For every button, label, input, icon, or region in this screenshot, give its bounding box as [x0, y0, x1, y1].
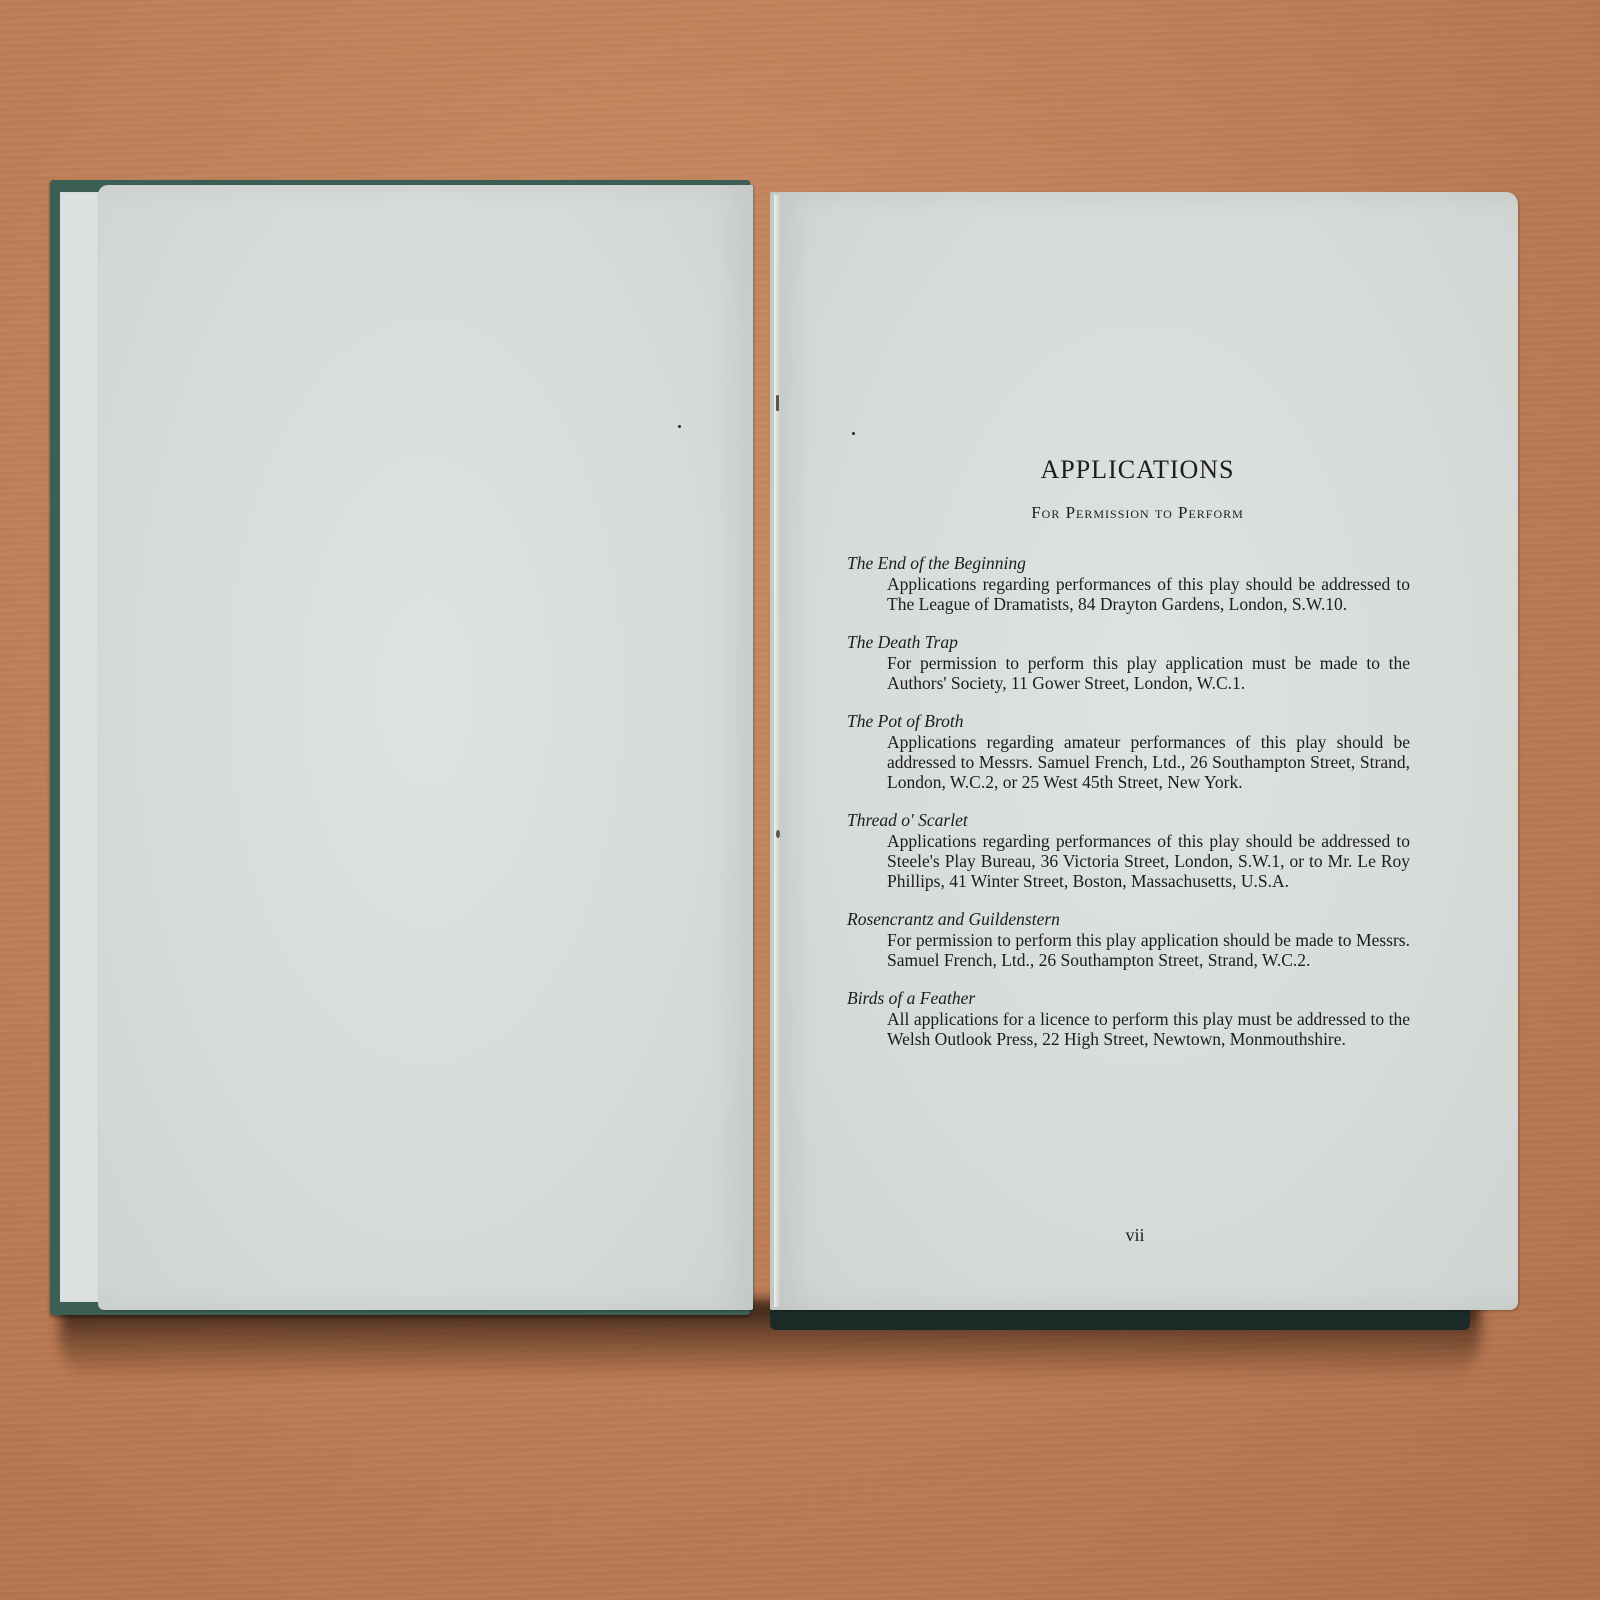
play-title: Birds of a Feather [847, 988, 1410, 1009]
play-application-text: Applications regarding performances of t… [887, 574, 1410, 614]
play-title: Thread o' Scarlet [847, 810, 1410, 831]
play-title: The Death Trap [847, 632, 1410, 653]
play-entry: Rosencrantz and Guildenstern For permiss… [865, 909, 1410, 970]
page-title: APPLICATIONS [865, 455, 1410, 485]
play-application-text: All applications for a licence to perfor… [887, 1009, 1410, 1049]
play-application-text: Applications regarding performances of t… [887, 831, 1410, 891]
play-application-text: For permission to perform this play appl… [887, 653, 1410, 693]
play-title: Rosencrantz and Guildenstern [847, 909, 1410, 930]
binding-stitch [776, 830, 780, 838]
play-entry: The Pot of Broth Applications regarding … [865, 711, 1410, 792]
binding-stitch [776, 395, 779, 411]
paper-speck [678, 425, 681, 428]
play-application-text: Applications regarding amateur performan… [887, 732, 1410, 792]
play-entry: The Death Trap For permission to perform… [865, 632, 1410, 693]
applications-section: APPLICATIONS For Permission to Perform T… [865, 455, 1410, 1067]
book-spine-gutter [774, 195, 780, 1307]
page-subtitle: For Permission to Perform [865, 503, 1410, 523]
left-page-blank [98, 185, 753, 1310]
paper-speck [852, 432, 855, 435]
play-entry: Thread o' Scarlet Applications regarding… [865, 810, 1410, 891]
page-number: vii [1105, 1225, 1165, 1246]
play-entry: The End of the Beginning Applications re… [865, 553, 1410, 614]
play-entry: Birds of a Feather All applications for … [865, 988, 1410, 1049]
play-title: The Pot of Broth [847, 711, 1410, 732]
play-application-text: For permission to perform this play appl… [887, 930, 1410, 970]
play-title: The End of the Beginning [847, 553, 1410, 574]
